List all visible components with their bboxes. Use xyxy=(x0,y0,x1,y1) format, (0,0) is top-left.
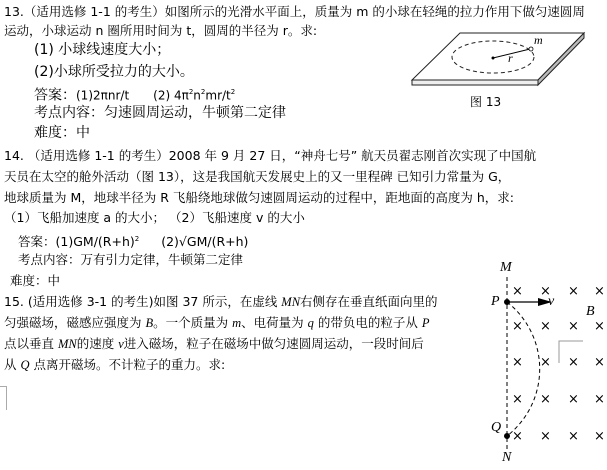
field-cross: × xyxy=(594,390,605,410)
field-cross: × xyxy=(594,317,605,337)
figure-13-caption: 图 13 xyxy=(470,93,501,110)
field-cross: × xyxy=(540,427,551,447)
label-Q: Q xyxy=(491,418,501,438)
q13-answer2-prefix: (2) 4π xyxy=(153,89,189,103)
q13-sub2: (2)小球所受拉力的大小。 xyxy=(34,62,194,82)
q13-answer1: (1)2πnr/t xyxy=(76,89,129,103)
field-cross: × xyxy=(512,353,523,373)
field-cross: × xyxy=(540,353,551,373)
answer-label: 答案： xyxy=(34,88,76,104)
q14-answer1: (1)GM/(R+h) xyxy=(56,234,135,249)
q13-sub1: (1) 小球线速度大小； xyxy=(34,40,170,60)
field-cross: × xyxy=(512,427,523,447)
label-B: B xyxy=(586,302,595,322)
label-mass: m xyxy=(534,30,543,50)
q14-subquestions: （1）飞船加速度 a 的大小； （2）飞船速度 v 的大小 xyxy=(4,208,305,228)
q15-line2: 匀强磁场，磁感应强度为 B。一个质量为 m、电荷量为 q 的带负电的粒子从 P xyxy=(4,313,429,333)
label-N: N xyxy=(502,448,511,468)
field-cross: × xyxy=(568,390,579,410)
q13-line1: 13.（适用选修 1-1 的考生）如图所示的光滑水平面上，质量为 m 的小球在轻… xyxy=(4,2,585,22)
q15-line4: 从 Q 点离开磁场。不计粒子的重力。求: xyxy=(4,355,225,375)
field-cross: × xyxy=(594,427,605,447)
q15-line1: 15. (适用选修 3-1 的考生)如图 37 所示，在虚线 MN右侧存在垂直纸… xyxy=(4,292,438,312)
field-cross: × xyxy=(512,390,523,410)
field-cross: × xyxy=(594,282,605,302)
q13-topic: 考点内容：匀速圆周运动，牛顿第二定律 xyxy=(34,103,286,123)
q14-line1: 14. （适用选修 1-1 的考生）2008 年 9 月 27 日，“神舟七号”… xyxy=(4,146,536,166)
q14-line3: 地球质量为 M，地球半径为 R 飞船绕地球做匀速圆周运动的过程中，距地面的高度为… xyxy=(4,188,514,208)
field-cross: × xyxy=(568,353,579,373)
label-P: P xyxy=(491,292,500,312)
figure-13-plane xyxy=(400,30,590,92)
q14-line2: 天员在太空的舱外活动（图 13），这是我国航天发展史上的又一里程碑 已知引力常量… xyxy=(4,167,510,187)
q15-line3: 点以垂直 MN的速度 v进入磁场，粒子在磁场中做匀速圆周运动，一段时间后 xyxy=(4,334,424,354)
q14-difficulty: 难度：中 xyxy=(10,271,60,291)
label-radius: r xyxy=(508,48,513,68)
q14-answer: 答案：(1)GM/(R+h)2(2)√GM/(R+h) xyxy=(18,229,248,252)
label-v: v xyxy=(548,292,554,312)
field-cross: × xyxy=(594,353,605,373)
field-cross: × xyxy=(568,282,579,302)
label-M: M xyxy=(500,258,512,278)
text-cursor-mark xyxy=(0,386,7,410)
field-cross: × xyxy=(540,317,551,337)
q14-topic: 考点内容：万有引力定律，牛顿第二定律 xyxy=(18,250,243,270)
q14-answer2: (2)√GM/(R+h) xyxy=(161,234,248,249)
field-cross: × xyxy=(540,390,551,410)
field-cross: × xyxy=(568,427,579,447)
field-cross: × xyxy=(568,317,579,337)
field-cross: × xyxy=(512,282,523,302)
q13-difficulty: 难度：中 xyxy=(34,123,90,143)
field-cross: × xyxy=(512,317,523,337)
q13-line2: 运动，小球运动 n 圈所用时间为 t，圆周的半径为 r。求: xyxy=(4,21,317,41)
